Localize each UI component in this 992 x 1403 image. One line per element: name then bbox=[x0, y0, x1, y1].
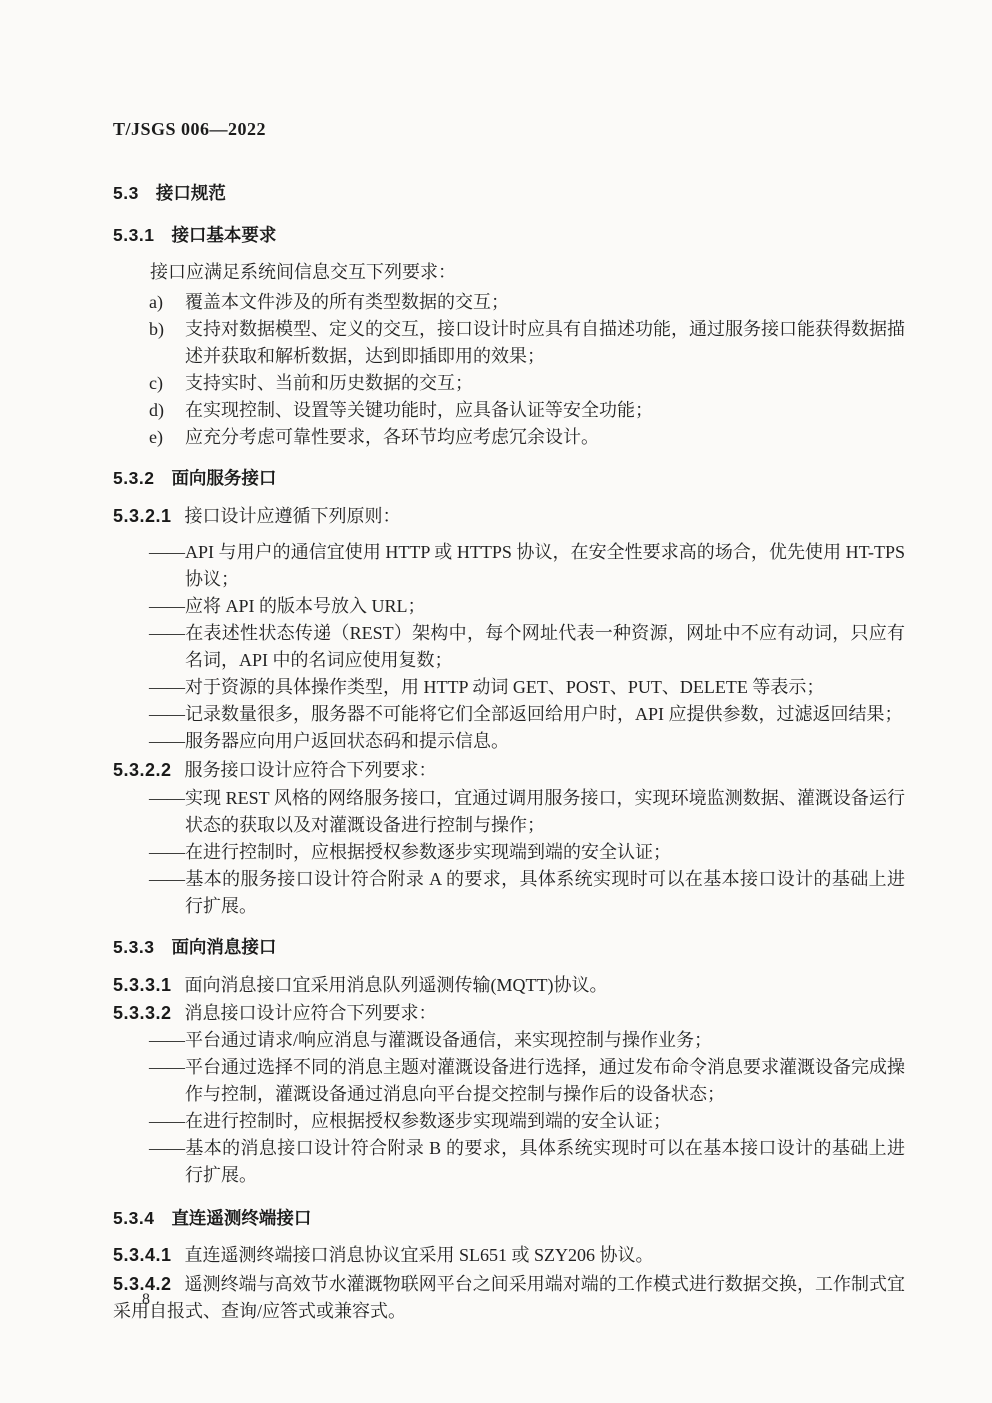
section-number: 5.3.1 bbox=[113, 225, 154, 245]
clause-5-3-4-1: 5.3.4.1直连遥测终端接口消息协议宜采用 SL651 或 SZY206 协议… bbox=[113, 1242, 905, 1269]
list-item-e: e)应充分考虑可靠性要求，各环节均应考虑冗余设计。 bbox=[185, 424, 905, 451]
clause-text: 服务接口设计应符合下列要求： bbox=[185, 760, 437, 780]
section-heading-5-3: 5.3接口规范 bbox=[113, 180, 905, 207]
page-content: T/JSGS 006—2022 5.3接口规范 5.3.1接口基本要求 接口应满… bbox=[113, 116, 905, 1325]
list-item-text: 支持对数据模型、定义的交互，接口设计时应具有自描述功能，通过服务接口能获得数据描… bbox=[185, 319, 905, 366]
dash-item: ——API 与用户的通信宜使用 HTTP 或 HTTPS 协议，在安全性要求高的… bbox=[185, 539, 905, 593]
section-heading-5-3-2: 5.3.2面向服务接口 bbox=[113, 465, 905, 492]
list-item-text: 在实现控制、设置等关键功能时，应具备认证等安全功能； bbox=[185, 400, 653, 420]
clause-number: 5.3.3.2 bbox=[113, 1003, 172, 1023]
section-heading-5-3-4: 5.3.4直连遥测终端接口 bbox=[113, 1205, 905, 1232]
clause-text: 消息接口设计应符合下列要求： bbox=[185, 1003, 437, 1023]
message-requirement-dash-list: ——平台通过请求/响应消息与灌溉设备通信，来实现控制与操作业务； ——平台通过选… bbox=[113, 1027, 905, 1189]
dash-item: ——平台通过请求/响应消息与灌溉设备通信，来实现控制与操作业务； bbox=[185, 1027, 905, 1054]
list-item-label: b) bbox=[149, 316, 164, 343]
list-item-c: c)支持实时、当前和历史数据的交互； bbox=[185, 370, 905, 397]
service-requirement-dash-list: ——实现 REST 风格的网络服务接口，宜通过调用服务接口，实现环境监测数据、灌… bbox=[113, 785, 905, 920]
list-item-label: d) bbox=[149, 397, 164, 424]
page-number: 8 bbox=[142, 1291, 150, 1309]
clause-5-3-2-2: 5.3.2.2服务接口设计应符合下列要求： bbox=[113, 757, 905, 784]
dash-item: ——服务器应向用户返回状态码和提示信息。 bbox=[185, 728, 905, 755]
list-item-label: e) bbox=[149, 424, 163, 451]
list-item-a: a)覆盖本文件涉及的所有类型数据的交互； bbox=[185, 289, 905, 316]
dash-item: ——对于资源的具体操作类型，用 HTTP 动词 GET、POST、PUT、DEL… bbox=[185, 674, 905, 701]
clause-text: 接口设计应遵循下列原则： bbox=[185, 506, 401, 526]
dash-item: ——在表述性状态传递（REST）架构中，每个网址代表一种资源，网址中不应有动词，… bbox=[185, 620, 905, 674]
dash-item: ——在进行控制时，应根据授权参数逐步实现端到端的安全认证； bbox=[185, 839, 905, 866]
dash-item: ——平台通过选择不同的消息主题对灌溉设备进行选择，通过发布命令消息要求灌溉设备完… bbox=[185, 1054, 905, 1108]
list-item-label: c) bbox=[149, 370, 163, 397]
section-title: 直连遥测终端接口 bbox=[171, 1208, 311, 1228]
clause-5-3-2-1: 5.3.2.1接口设计应遵循下列原则： bbox=[113, 503, 905, 530]
section-number: 5.3 bbox=[113, 183, 139, 203]
clause-5-3-4-2: 5.3.4.2遥测终端与高效节水灌溉物联网平台之间采用端对端的工作模式进行数据交… bbox=[113, 1271, 905, 1325]
list-item-text: 支持实时、当前和历史数据的交互； bbox=[185, 373, 473, 393]
dash-item: ——基本的服务接口设计符合附录 A 的要求，具体系统实现时可以在基本接口设计的基… bbox=[185, 866, 905, 920]
section-number: 5.3.2 bbox=[113, 468, 154, 488]
principle-dash-list: ——API 与用户的通信宜使用 HTTP 或 HTTPS 协议，在安全性要求高的… bbox=[113, 539, 905, 755]
clause-5-3-3-2: 5.3.3.2消息接口设计应符合下列要求： bbox=[113, 1000, 905, 1027]
section-title: 接口规范 bbox=[156, 183, 226, 203]
list-item-text: 覆盖本文件涉及的所有类型数据的交互； bbox=[185, 292, 509, 312]
section-heading-5-3-3: 5.3.3面向消息接口 bbox=[113, 934, 905, 961]
dash-item: ——记录数量很多，服务器不可能将它们全部返回给用户时，API 应提供参数，过滤返… bbox=[185, 701, 905, 728]
list-item-d: d)在实现控制、设置等关键功能时，应具备认证等安全功能； bbox=[185, 397, 905, 424]
dash-item: ——实现 REST 风格的网络服务接口，宜通过调用服务接口，实现环境监测数据、灌… bbox=[185, 785, 905, 839]
list-item-text: 应充分考虑可靠性要求，各环节均应考虑冗余设计。 bbox=[185, 427, 599, 447]
clause-number: 5.3.2.2 bbox=[113, 760, 172, 780]
clause-5-3-3-1: 5.3.3.1面向消息接口宜采用消息队列遥测传输(MQTT)协议。 bbox=[113, 972, 905, 999]
clause-text: 直连遥测终端接口消息协议宜采用 SL651 或 SZY206 协议。 bbox=[185, 1245, 654, 1265]
document-page: T/JSGS 006—2022 5.3接口规范 5.3.1接口基本要求 接口应满… bbox=[0, 0, 992, 1403]
section-title: 面向服务接口 bbox=[171, 468, 276, 488]
clause-text: 面向消息接口宜采用消息队列遥测传输(MQTT)协议。 bbox=[185, 975, 608, 995]
section-number: 5.3.4 bbox=[113, 1208, 154, 1228]
dash-item: ——应将 API 的版本号放入 URL； bbox=[185, 593, 905, 620]
list-item-b: b)支持对数据模型、定义的交互，接口设计时应具有自描述功能，通过服务接口能获得数… bbox=[185, 316, 905, 370]
document-code: T/JSGS 006—2022 bbox=[113, 116, 905, 143]
list-item-label: a) bbox=[149, 289, 163, 316]
clause-5-3-1-intro: 接口应满足系统间信息交互下列要求： bbox=[150, 259, 905, 286]
dash-item: ——基本的消息接口设计符合附录 B 的要求，具体系统实现时可以在基本接口设计的基… bbox=[185, 1135, 905, 1189]
section-title: 面向消息接口 bbox=[171, 937, 276, 957]
clause-number: 5.3.2.1 bbox=[113, 506, 172, 526]
section-number: 5.3.3 bbox=[113, 937, 154, 957]
section-heading-5-3-1: 5.3.1接口基本要求 bbox=[113, 222, 905, 249]
clause-text: 遥测终端与高效节水灌溉物联网平台之间采用端对端的工作模式进行数据交换，工作制式宜… bbox=[113, 1274, 905, 1321]
section-title: 接口基本要求 bbox=[171, 225, 276, 245]
clause-number: 5.3.4.1 bbox=[113, 1245, 172, 1265]
dash-item: ——在进行控制时，应根据授权参数逐步实现端到端的安全认证； bbox=[185, 1108, 905, 1135]
clause-number: 5.3.3.1 bbox=[113, 975, 172, 995]
requirement-list: a)覆盖本文件涉及的所有类型数据的交互； b)支持对数据模型、定义的交互，接口设… bbox=[113, 289, 905, 451]
